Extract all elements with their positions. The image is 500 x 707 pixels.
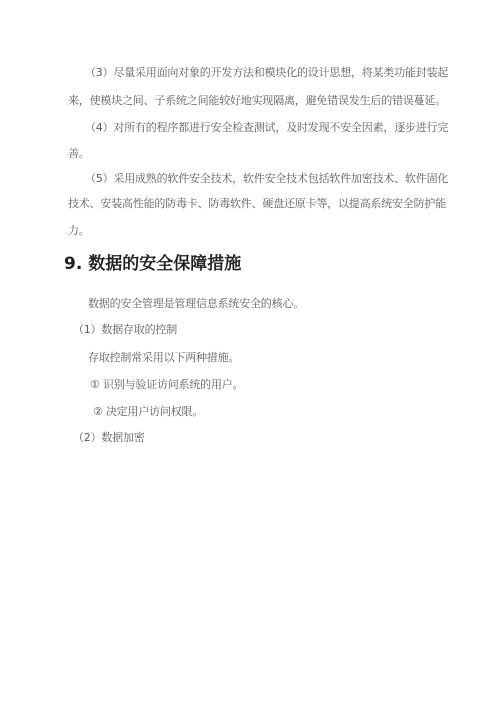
paragraph-line: （1）数据存取的控制 xyxy=(73,323,177,336)
paragraph-line: 数据的安全管理是管理信息系统安全的核心。 xyxy=(88,297,304,310)
paragraph-line: 存取控制常采用以下两种措施。 xyxy=(88,351,239,364)
paragraph-line: （5）采用成熟的软件安全技术，软件安全技术包括软件加密技术、软件固化 xyxy=(85,172,448,185)
list-item-line: ② 决定用户访问权限。 xyxy=(93,405,203,418)
paragraph-line: 力。 xyxy=(68,224,90,237)
section-heading: 9. 数据的安全保障措施 xyxy=(64,255,241,274)
paragraph-line: （2）数据加密 xyxy=(73,431,145,444)
document-page: （3）尽量采用面向对象的开发方法和模块化的设计思想，将某类功能封装起 来，使模块… xyxy=(0,0,500,707)
list-item-line: ① 识别与验证访问系统的用户。 xyxy=(90,378,243,391)
paragraph-line: 善。 xyxy=(68,147,90,160)
paragraph-line: 技术、安装高性能的防毒卡、防毒软件、硬盘还原卡等，以提高系统安全防护能 xyxy=(68,197,446,210)
paragraph-line: （3）尽量采用面向对象的开发方法和模块化的设计思想，将某类功能封装起 xyxy=(85,66,448,79)
paragraph-line: （4）对所有的程序都进行安全检查测试，及时发现不安全因素，逐步进行完 xyxy=(85,121,448,134)
paragraph-line: 来，使模块之间、子系统之间能较好地实现隔离，避免错误发生后的错误蔓延。 xyxy=(68,94,446,107)
